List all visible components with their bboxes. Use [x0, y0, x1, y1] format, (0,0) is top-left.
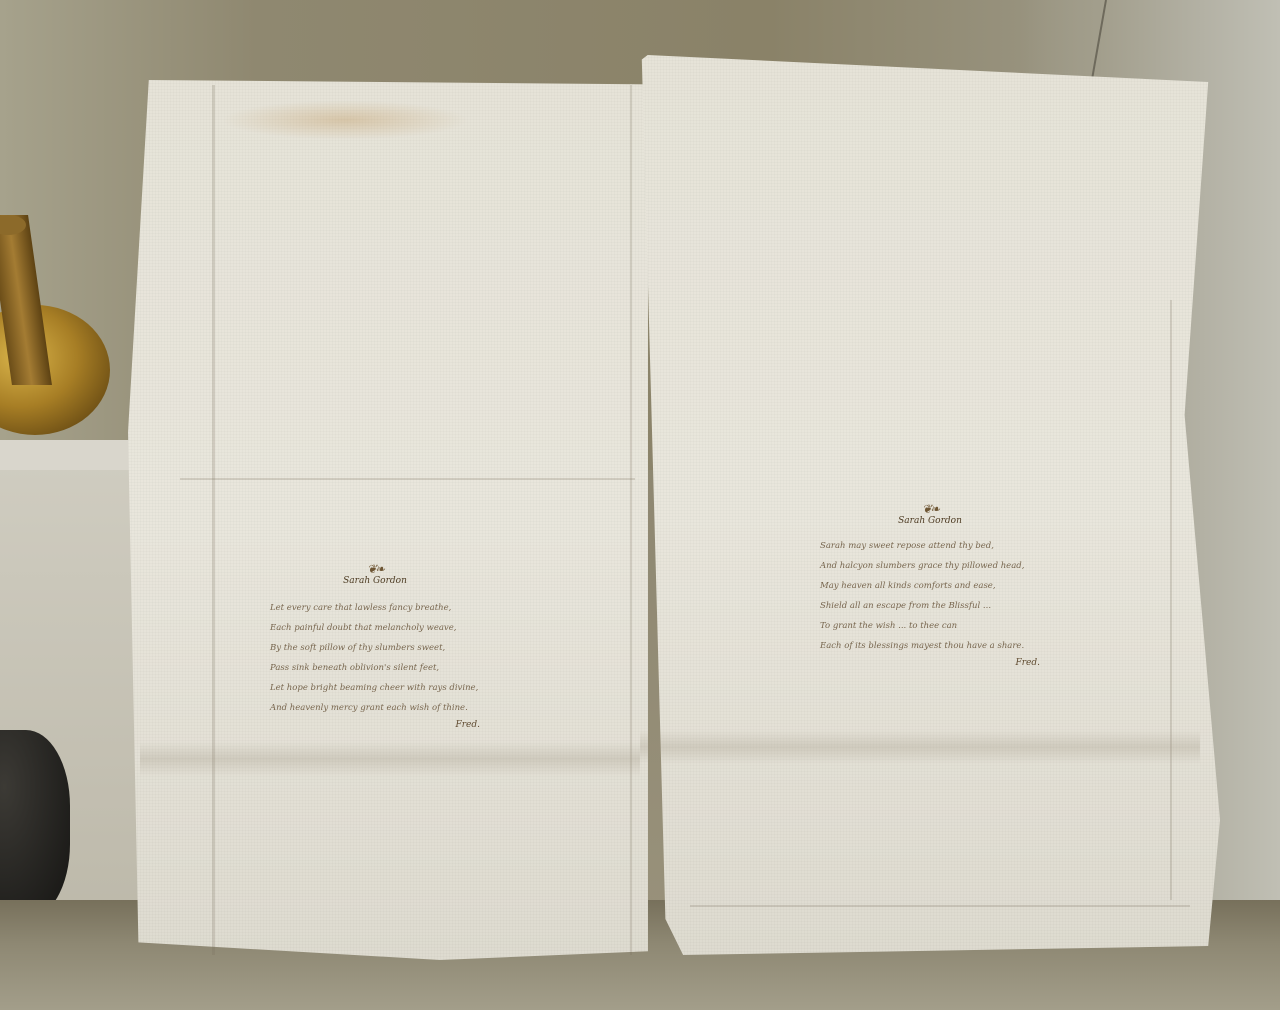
poem-line: And halcyon slumbers grace thy pillowed …: [820, 556, 1040, 576]
left-edge-line: [630, 85, 632, 955]
left-shadow-band: [140, 742, 640, 776]
right-poem: Sarah may sweet repose attend thy bed, A…: [820, 536, 1040, 668]
right-crest-name: Sarah Gordon: [898, 516, 962, 526]
poem-line: Let hope bright beaming cheer with rays …: [270, 678, 480, 698]
left-linen-sheet: [128, 80, 648, 960]
wings-icon: ❦❧: [922, 502, 938, 516]
poem-line: To grant the wish ... to thee can: [820, 616, 1040, 636]
poem-line: Shield all an escape from the Blissful .…: [820, 596, 1040, 616]
right-edge-fold: [1170, 300, 1172, 900]
poem-line: Pass sink beneath oblivion's silent feet…: [270, 658, 480, 678]
poem-line: By the soft pillow of thy slumbers sweet…: [270, 638, 480, 658]
poem-line: Sarah may sweet repose attend thy bed,: [820, 536, 1040, 556]
poem-line: And heavenly mercy grant each wish of th…: [270, 698, 480, 718]
left-fold-line: [212, 85, 215, 955]
poem-line: Let every care that lawless fancy breath…: [270, 598, 480, 618]
right-shadow-band: [640, 730, 1200, 764]
age-stain: [220, 100, 470, 140]
right-bottom-fold: [690, 905, 1190, 907]
right-signature: Fred.: [820, 658, 1040, 668]
right-crest: ❦❧ Sarah Gordon: [820, 502, 1040, 526]
left-poem: Let every care that lawless fancy breath…: [270, 598, 480, 730]
left-crest: ❦❧ Sarah Gordon: [270, 562, 480, 586]
poem-line: Each painful doubt that melancholy weave…: [270, 618, 480, 638]
dark-metal-dish: [0, 730, 70, 920]
wings-icon: ❦❧: [367, 562, 383, 576]
left-crest-name: Sarah Gordon: [343, 576, 407, 586]
left-signature: Fred.: [270, 720, 480, 730]
left-inscription: ❦❧ Sarah Gordon Let every care that lawl…: [270, 562, 480, 730]
poem-line: Each of its blessings mayest thou have a…: [820, 636, 1040, 656]
poem-line: May heaven all kinds comforts and ease,: [820, 576, 1040, 596]
left-horizontal-fold: [180, 478, 635, 480]
right-inscription: ❦❧ Sarah Gordon Sarah may sweet repose a…: [820, 502, 1040, 668]
